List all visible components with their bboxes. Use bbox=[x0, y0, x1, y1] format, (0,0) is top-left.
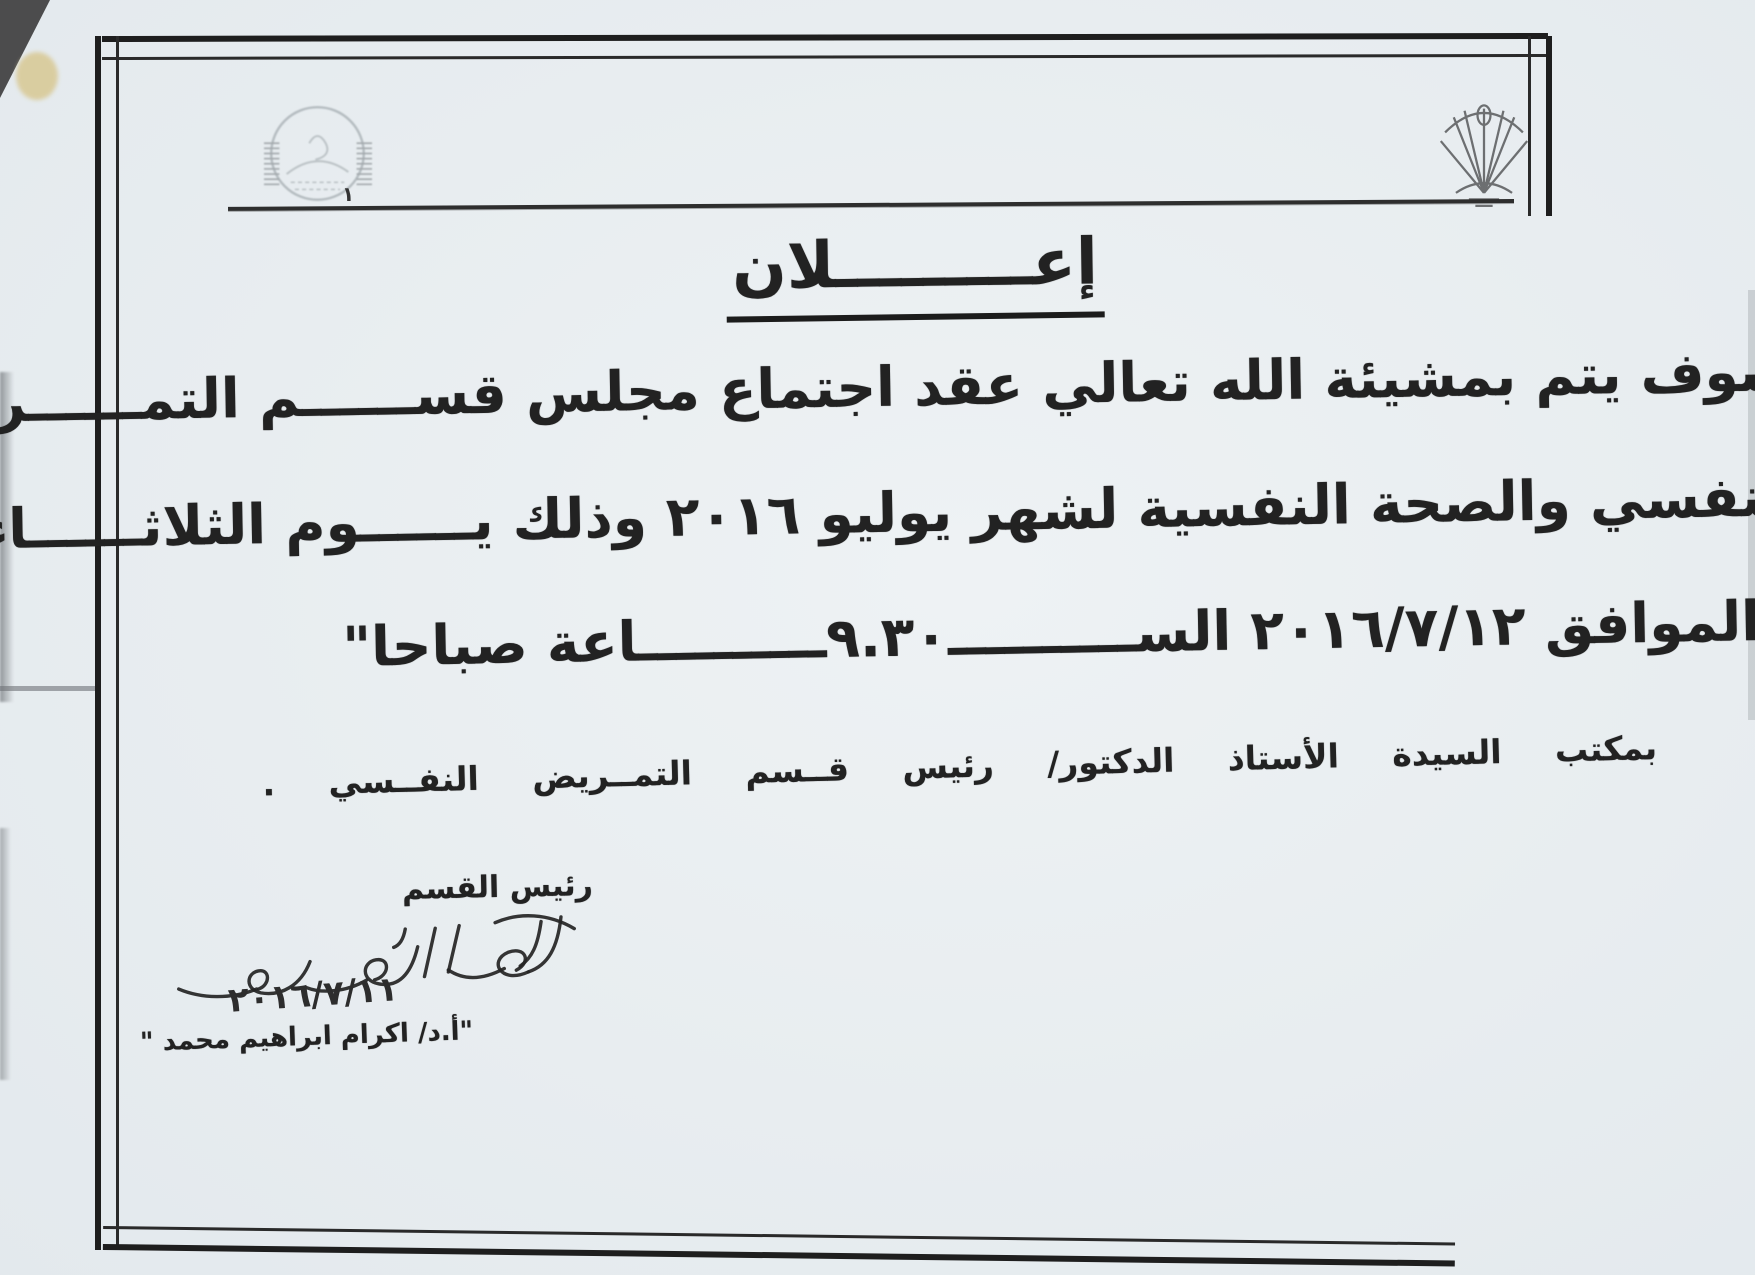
header-rule bbox=[228, 199, 1514, 211]
body-line-3: الموافق ٢٠١٦/٧/١٢ الســــــــــ٩.٣٠ـــــ… bbox=[401, 580, 1755, 687]
frame-border-bottom bbox=[103, 1226, 1455, 1267]
body-line-1: سوف يتم بمشيئة الله تعالي عقد اجتماع مجل… bbox=[158, 330, 1755, 441]
scan-artifact-line bbox=[0, 686, 96, 691]
body-line-2: النفسي والصحة النفسية لشهر يوليو ٢٠١٦ وذ… bbox=[155, 455, 1755, 568]
frame-border-top bbox=[102, 33, 1548, 60]
meeting-location-line: بمكتب السيدة الأستاذ الدكتور/ رئيس قــسم… bbox=[262, 722, 1658, 811]
university-stamp-icon bbox=[262, 100, 374, 208]
announcement-title: إعـــــــــلان bbox=[690, 225, 1141, 305]
frame-border-left bbox=[95, 36, 119, 1250]
university-logo-icon bbox=[1430, 100, 1538, 208]
scanned-announcement-page: ١ إعـــــــــلان سوف يتم بمشيئة الله تعا… bbox=[0, 0, 1755, 1275]
scan-artifact-left-streak-2 bbox=[0, 828, 11, 1080]
header-tick-mark: ١ bbox=[342, 182, 354, 206]
announcement-title-text: إعـــــــــلان bbox=[726, 225, 1105, 322]
scan-artifact-stain bbox=[16, 52, 58, 100]
